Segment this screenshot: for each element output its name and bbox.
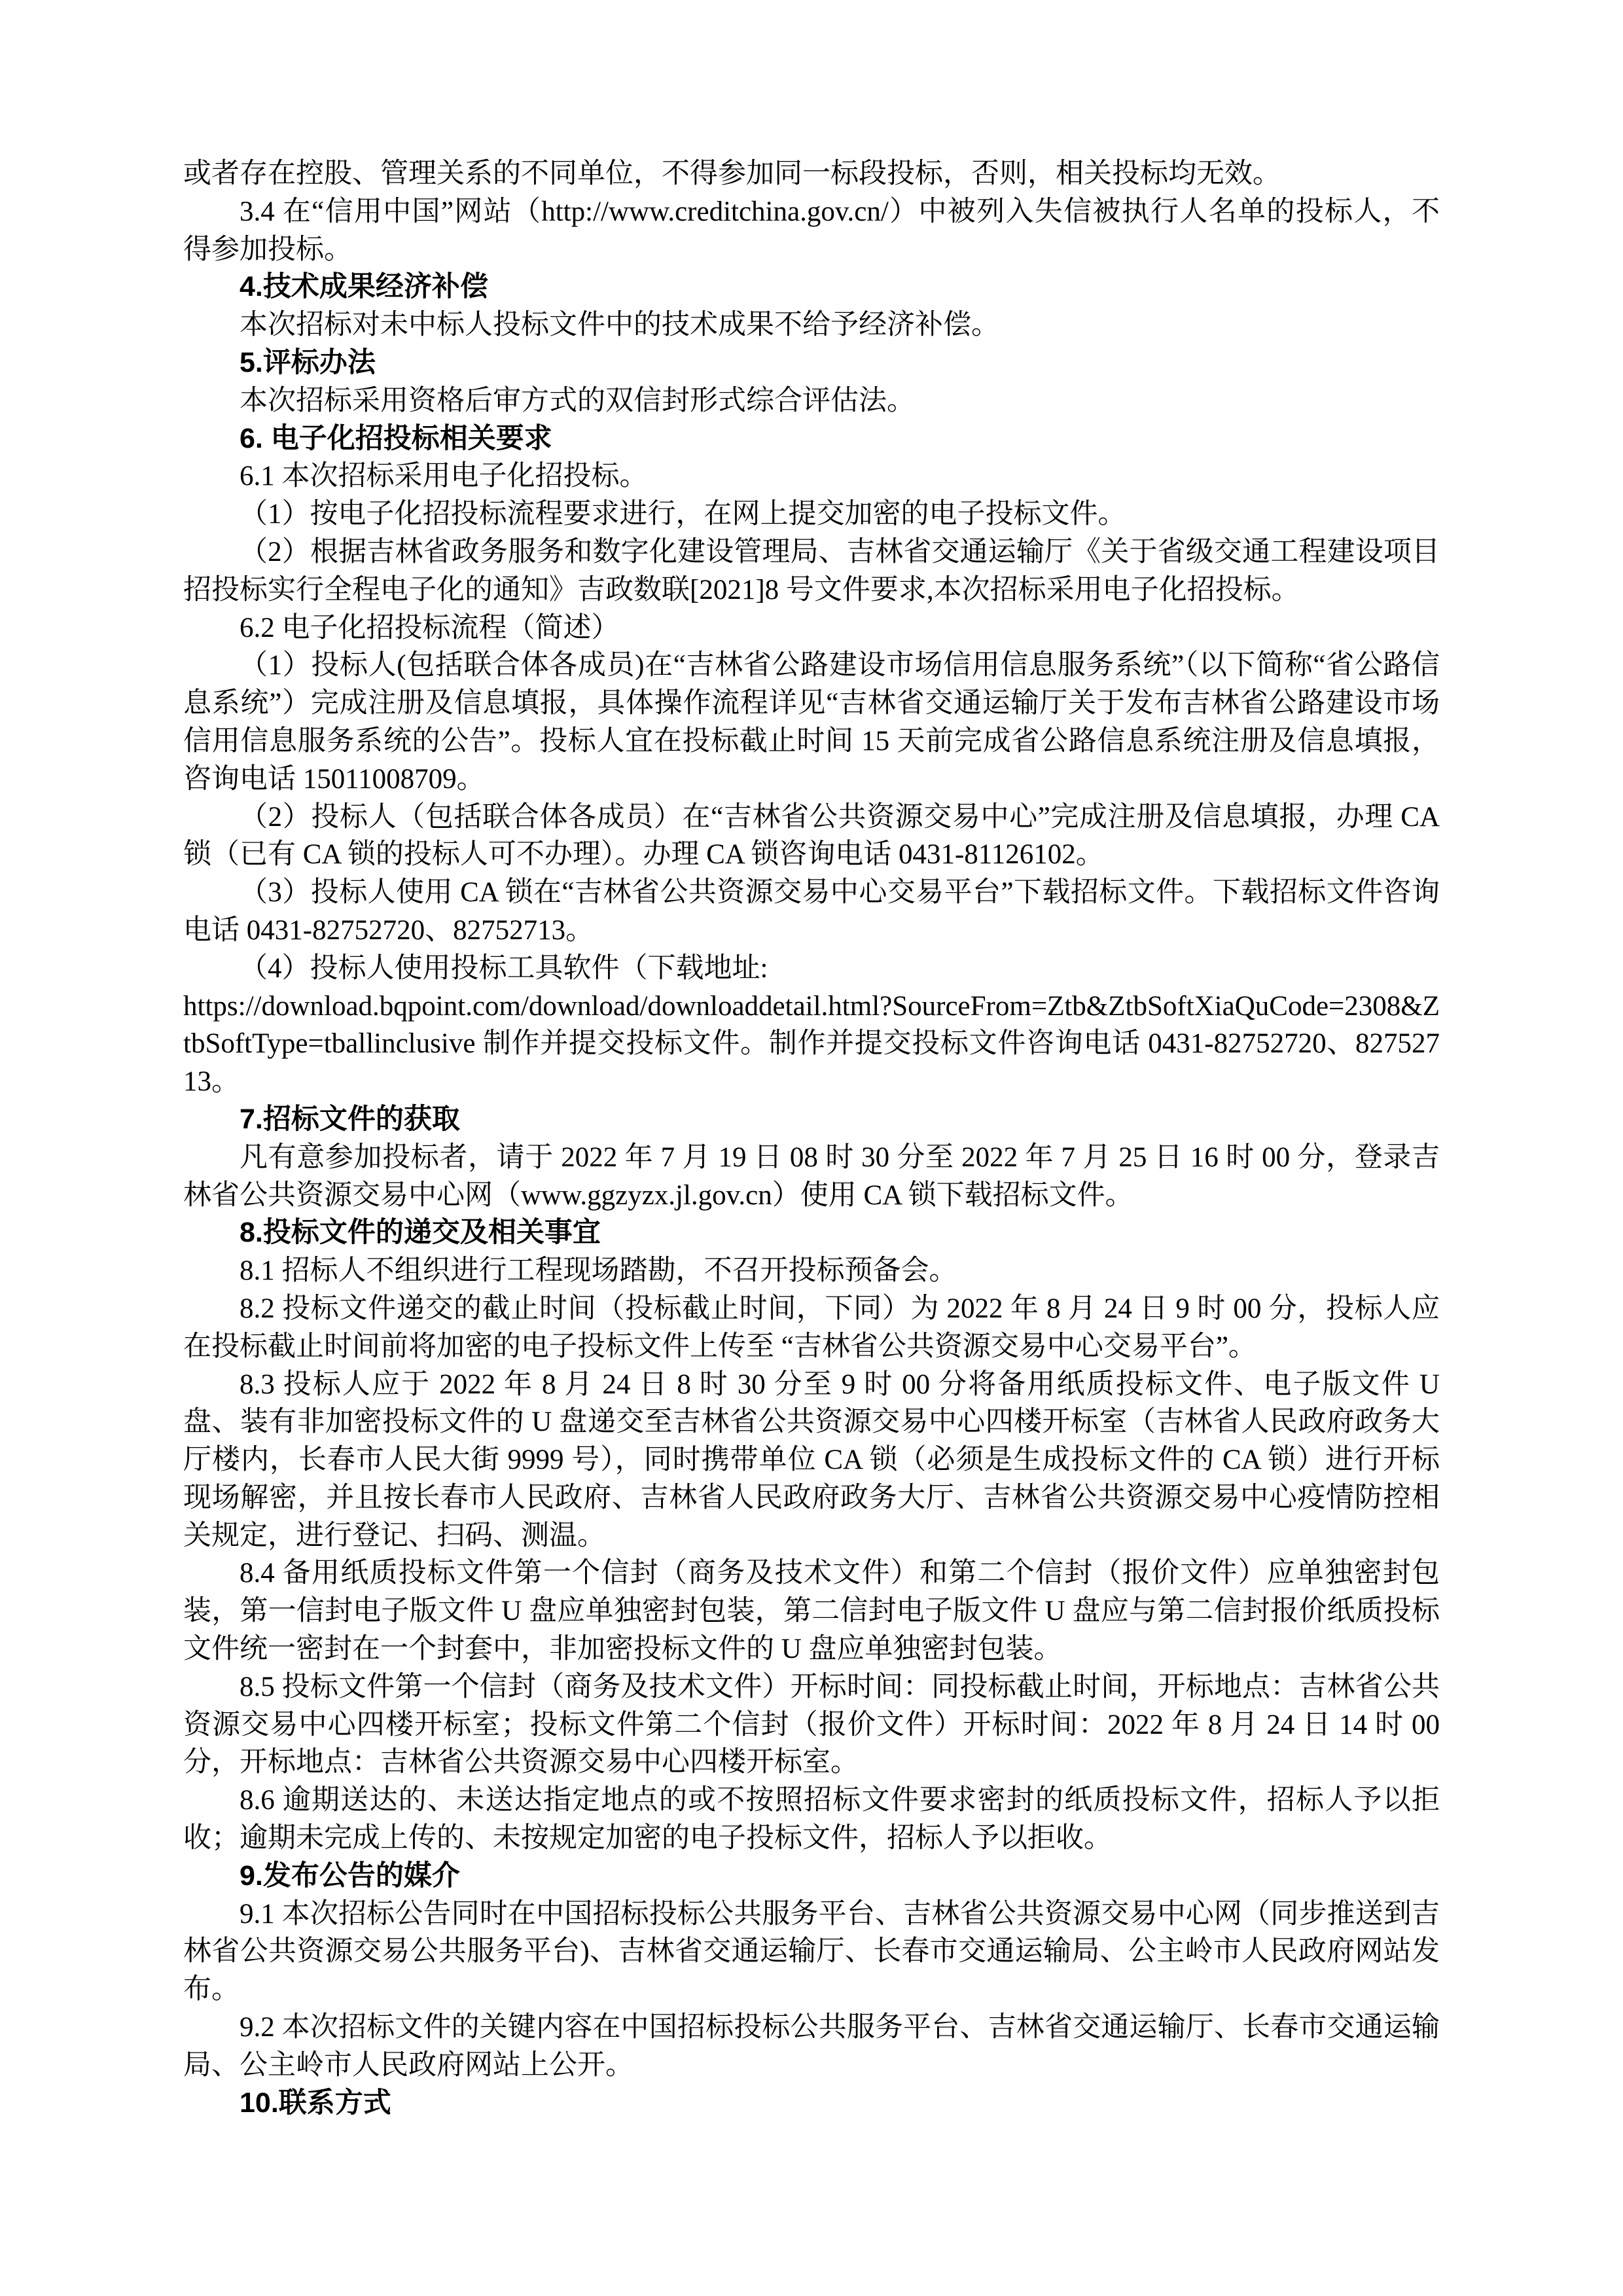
paragraph: 或者存在控股、管理关系的不同单位，不得参加同一标段投标，否则，相关投标均无效。 xyxy=(183,155,1440,193)
paragraph: 8.6 逾期送达的、未送达指定地点的或不按照招标文件要求密封的纸质投标文件，招标… xyxy=(183,1782,1440,1857)
section-heading: 10.联系方式 xyxy=(183,2085,1440,2123)
paragraph: （1）按电子化招投标流程要求进行，在网上提交加密的电子投标文件。 xyxy=(183,495,1440,533)
paragraph: （4）投标人使用投标工具软件（下载地址: xyxy=(183,950,1440,988)
paragraph: 8.5 投标文件第一个信封（商务及技术文件）开标时间：同投标截止时间，开标地点：… xyxy=(183,1668,1440,1782)
section-heading: 6. 电子化招投标相关要求 xyxy=(183,420,1440,458)
paragraph: （2）投标人（包括联合体各成员）在“吉林省公共资源交易中心”完成注册及信息填报，… xyxy=(183,798,1440,874)
paragraph: 6.2 电子化招投标流程（简述） xyxy=(183,609,1440,647)
paragraph: 6.1 本次招标采用电子化招投标。 xyxy=(183,457,1440,495)
section-heading: 7.招标文件的获取 xyxy=(183,1101,1440,1139)
paragraph: 3.4 在“信用中国”网站（http://www.creditchina.gov… xyxy=(183,193,1440,269)
paragraph: （2）根据吉林省政务服务和数字化建设管理局、吉林省交通运输厅《关于省级交通工程建… xyxy=(183,533,1440,609)
paragraph: 8.3 投标人应于 2022 年 8 月 24 日 8 时 30 分至 9 时 … xyxy=(183,1366,1440,1555)
document-content: 或者存在控股、管理关系的不同单位，不得参加同一标段投标，否则，相关投标均无效。3… xyxy=(183,155,1440,2122)
paragraph: 8.2 投标文件递交的截止时间（投标截止时间，下同）为 2022 年 8 月 2… xyxy=(183,1290,1440,1366)
paragraph: （3）投标人使用 CA 锁在“吉林省公共资源交易中心交易平台”下载招标文件。下载… xyxy=(183,874,1440,950)
paragraph: 本次招标采用资格后审方式的双信封形式综合评估法。 xyxy=(183,382,1440,420)
paragraph: 9.2 本次招标文件的关键内容在中国招标投标公共服务平台、吉林省交通运输厅、长春… xyxy=(183,2009,1440,2085)
section-heading: 9.发布公告的媒介 xyxy=(183,1857,1440,1895)
paragraph: 8.1 招标人不组织进行工程现场踏勘，不召开投标预备会。 xyxy=(183,1252,1440,1290)
section-heading: 8.投标文件的递交及相关事宜 xyxy=(183,1214,1440,1252)
document-page: 或者存在控股、管理关系的不同单位，不得参加同一标段投标，否则，相关投标均无效。3… xyxy=(0,0,1623,2296)
section-heading: 4.技术成果经济补偿 xyxy=(183,268,1440,306)
section-heading: 5.评标办法 xyxy=(183,344,1440,382)
paragraph: 本次招标对未中标人投标文件中的技术成果不给予经济补偿。 xyxy=(183,306,1440,344)
paragraph: 凡有意参加投标者，请于 2022 年 7 月 19 日 08 时 30 分至 2… xyxy=(183,1139,1440,1215)
paragraph: 8.4 备用纸质投标文件第一个信封（商务及技术文件）和第二个信封（报价文件）应单… xyxy=(183,1554,1440,1668)
paragraph: https://download.bqpoint.com/download/do… xyxy=(183,988,1440,1101)
paragraph: （1）投标人(包括联合体各成员)在“吉林省公路建设市场信用信息服务系统”（以下简… xyxy=(183,647,1440,798)
paragraph: 9.1 本次招标公告同时在中国招标投标公共服务平台、吉林省公共资源交易中心网（同… xyxy=(183,1895,1440,2009)
